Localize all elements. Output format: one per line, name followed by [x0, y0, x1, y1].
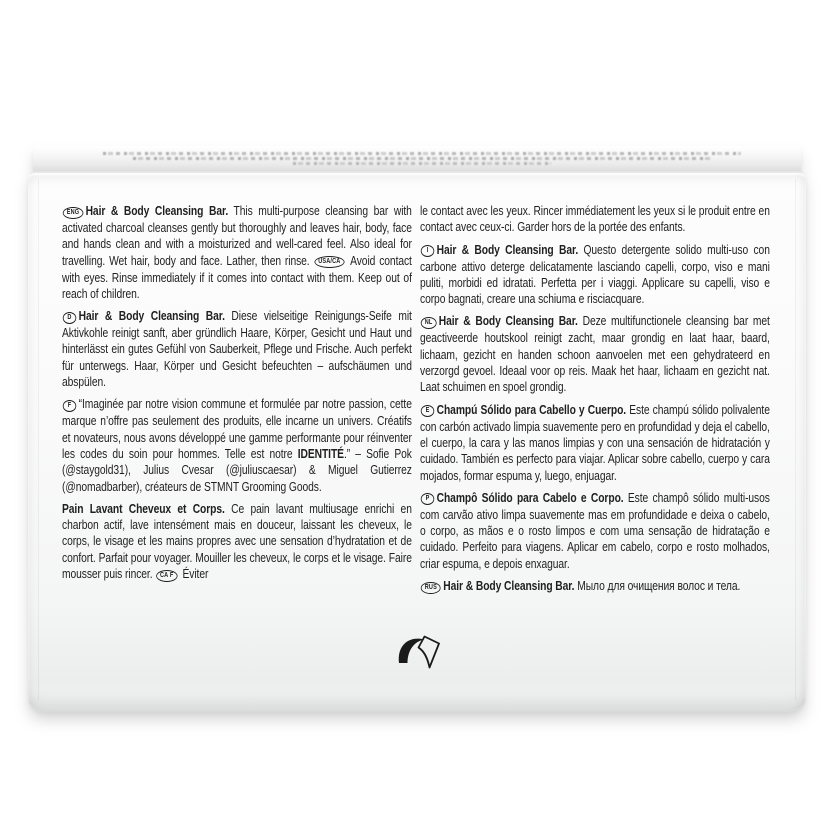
- box-back-face: ENGHair & Body Cleansing Bar. This multi…: [28, 173, 806, 712]
- language-badge-d: D: [63, 312, 76, 324]
- section-text: Éviter: [180, 566, 209, 581]
- curved-flip-arrow-icon: [394, 630, 440, 670]
- section-title: Pain Lavant Cheveux et Corps.: [62, 501, 225, 516]
- product-photo: ENGHair & Body Cleansing Bar. This multi…: [0, 0, 830, 830]
- brand-word-identite: IDENTITÉ: [298, 446, 344, 461]
- section-english: ENGHair & Body Cleansing Bar. This multi…: [62, 203, 412, 302]
- section-french-continuation: le contact avec les yeux. Rincer immédia…: [420, 203, 770, 236]
- language-badge-e: E: [421, 405, 434, 417]
- section-title: Hair & Body Cleansing Bar.: [439, 313, 578, 328]
- section-russian: RUSHair & Body Cleansing Bar. Мыло для о…: [420, 578, 770, 595]
- section-title: Hair & Body Cleansing Bar.: [86, 203, 229, 218]
- section-title: Hair & Body Cleansing Bar.: [443, 578, 574, 593]
- left-fold-crease: [38, 179, 39, 700]
- box-top-flap: [33, 146, 801, 174]
- section-spanish: EChampú Sólido para Cabello y Cuerpo. Es…: [420, 402, 770, 484]
- top-flap-printed-text: [133, 157, 711, 160]
- left-text-column: ENGHair & Body Cleansing Bar. This multi…: [62, 203, 412, 601]
- section-dutch: NLHair & Body Cleansing Bar. Deze multif…: [420, 313, 770, 395]
- section-title: Champô Sólido para Cabelo e Corpo.: [437, 490, 624, 505]
- language-badge-rus: RUS: [421, 582, 441, 594]
- language-badge-f: F: [63, 400, 76, 412]
- section-text: Мыло для очищения волос и тела.: [574, 578, 740, 593]
- section-title: Hair & Body Cleansing Bar.: [437, 242, 579, 257]
- section-french-usage: Pain Lavant Cheveux et Corps. Ce pain la…: [62, 501, 412, 583]
- language-badge-ca-f: CA F: [156, 570, 177, 582]
- right-text-column: le contact avec les yeux. Rincer immédia…: [420, 203, 772, 601]
- language-badge-nl: NL: [421, 317, 437, 329]
- section-text: le contact avec les yeux. Rincer immédia…: [420, 203, 770, 234]
- top-flap-printed-text: [293, 162, 551, 165]
- language-badge-i: I: [421, 245, 434, 257]
- section-title: Hair & Body Cleansing Bar.: [79, 308, 225, 323]
- section-portuguese: PChampô Sólido para Cabelo e Corpo. Este…: [420, 490, 770, 572]
- language-badge-eng: ENG: [63, 207, 83, 219]
- section-french-brand-quote: F“Imaginée par notre vision commune et f…: [62, 396, 412, 494]
- text-columns: ENGHair & Body Cleansing Bar. This multi…: [62, 203, 772, 601]
- section-italian: IHair & Body Cleansing Bar. Questo deter…: [420, 242, 770, 308]
- soap-box-back-panel: ENGHair & Body Cleansing Bar. This multi…: [28, 146, 806, 712]
- right-fold-crease: [795, 179, 796, 700]
- language-badge-p: P: [421, 493, 434, 505]
- language-badge-usa-ca: USA/CA: [314, 256, 344, 268]
- section-title: Champú Sólido para Cabello y Cuerpo.: [437, 402, 626, 417]
- top-flap-printed-text: [103, 152, 741, 155]
- section-german: DHair & Body Cleansing Bar. Diese vielse…: [62, 308, 412, 390]
